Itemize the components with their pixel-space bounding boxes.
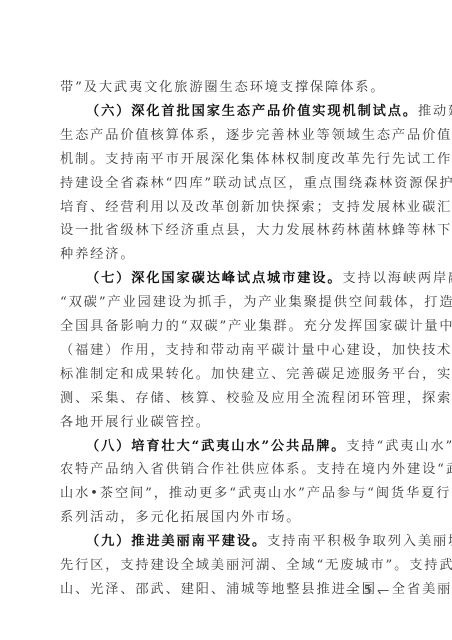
text-line: 农特产品纳入省供销合作社供应体系。支持在境内外建设“武夷 (60, 460, 402, 480)
text-line: 设一批省级林下经济重点县，大力发展林药林菌林蜂等林下特色 (60, 221, 402, 241)
line-text: 设一批省级林下经济重点县，大力发展林药林菌林蜂等林下特色 (60, 223, 452, 238)
text-line: 测、采集、存储、核算、校验及应用全流程闭环管理，探索支撑 (60, 389, 402, 409)
text-line: 山水•茶空间”，推动更多“武夷山水”产品参与“闽货华夏行” (60, 484, 402, 504)
text-line: 机制。支持南平市开展深化集体林权制度改革先行先试工作，支 (60, 150, 402, 170)
line-text: 支持以海峡两岸融合 (343, 271, 452, 286)
line-text: 种养经济。 (60, 247, 135, 262)
line-text: 系列活动，多元化拓展国内外市场。 (60, 510, 301, 525)
section-heading: （六）深化首批国家生态产品价值实现机制试点。 (86, 104, 418, 119)
line-text: “双碳”产业园建设为抓手，为产业集聚提供空间载体，打造在 (60, 295, 452, 310)
text-line: 培育、经营利用以及改革创新加快探索；支持发展林业碳汇，建 (60, 198, 402, 218)
line-text: 带”及大武夷文化旅游圈生态环境支撑保障体系。 (60, 80, 385, 95)
text-line: （福建）作用，支持和带动南平碳计量中心建设，加快技术研发、 (60, 341, 402, 361)
document-page: 带”及大武夷文化旅游圈生态环境支撑保障体系。 （六）深化首批国家生态产品价值实现… (0, 0, 452, 640)
line-text: 机制。支持南平市开展深化集体林权制度改革先行先试工作，支 (60, 152, 452, 167)
text-line: 种养经济。 (60, 245, 402, 265)
line-text: （福建）作用，支持和带动南平碳计量中心建设，加快技术研发、 (60, 343, 452, 358)
line-text: 支持南平积极争取列入美丽城市 (267, 534, 452, 549)
text-line: 系列活动，多元化拓展国内外市场。 (60, 508, 402, 528)
line-text: 各地开展行业碳管控。 (60, 415, 211, 430)
page-number: — 5 — (346, 583, 390, 597)
line-text: 农特产品纳入省供销合作社供应体系。支持在境内外建设“武夷 (60, 462, 452, 477)
line-text: 推动建立 (418, 104, 452, 119)
line-text: 全国具备影响力的“双碳”产业集群。充分发挥国家碳计量中心 (60, 319, 452, 334)
line-text: 持建设全省森林“四库”联动试点区，重点围绕森林资源保护、 (60, 176, 452, 191)
section-heading: （七）深化国家碳达峰试点城市建设。 (86, 271, 343, 286)
text-line: 带”及大武夷文化旅游圈生态环境支撑保障体系。 (60, 78, 402, 98)
text-line: 持建设全省森林“四库”联动试点区，重点围绕森林资源保护、 (60, 174, 402, 194)
text-line: 生态产品价值核算体系，逐步完善林业等领域生态产品价值实现 (60, 126, 402, 146)
section-7-heading-line: （七）深化国家碳达峰试点城市建设。支持以海峡两岸融合 (86, 269, 402, 289)
text-line: “双碳”产业园建设为抓手，为产业集聚提供空间载体，打造在 (60, 293, 402, 313)
section-8-heading-line: （八）培育壮大“武夷山水”公共品牌。支持“武夷山水” (86, 437, 402, 457)
line-text: 支持“武夷山水” (346, 439, 452, 454)
text-line: 全国具备影响力的“双碳”产业集群。充分发挥国家碳计量中心 (60, 317, 402, 337)
line-text: 测、采集、存储、核算、校验及应用全流程闭环管理，探索支撑 (60, 391, 452, 406)
text-line: 各地开展行业碳管控。 (60, 413, 402, 433)
line-text: 标准制定和成果转化。加快建立、完善碳足迹服务平台，实现监 (60, 367, 452, 382)
section-heading: （九）推进美丽南平建设。 (86, 534, 267, 549)
section-heading: （八）培育壮大“武夷山水”公共品牌。 (86, 439, 346, 454)
text-line: 标准制定和成果转化。加快建立、完善碳足迹服务平台，实现监 (60, 365, 402, 385)
line-text: 山水•茶空间”，推动更多“武夷山水”产品参与“闽货华夏行” (60, 486, 452, 501)
line-text: 生态产品价值核算体系，逐步完善林业等领域生态产品价值实现 (60, 128, 452, 143)
text-line: 先行区，支持建设全域美丽河湖、全域“无废城市”。支持武夷 (60, 556, 402, 576)
section-6-heading-line: （六）深化首批国家生态产品价值实现机制试点。推动建立 (86, 102, 402, 122)
section-9-heading-line: （九）推进美丽南平建设。支持南平积极争取列入美丽城市 (86, 532, 402, 552)
line-text: 培育、经营利用以及改革创新加快探索；支持发展林业碳汇，建 (60, 200, 452, 215)
line-text: 先行区，支持建设全域美丽河湖、全域“无废城市”。支持武夷 (60, 558, 452, 573)
line-text: 山、光泽、邵武、建阳、浦城等地整县推进全国、全省美丽乡村 (60, 582, 452, 597)
